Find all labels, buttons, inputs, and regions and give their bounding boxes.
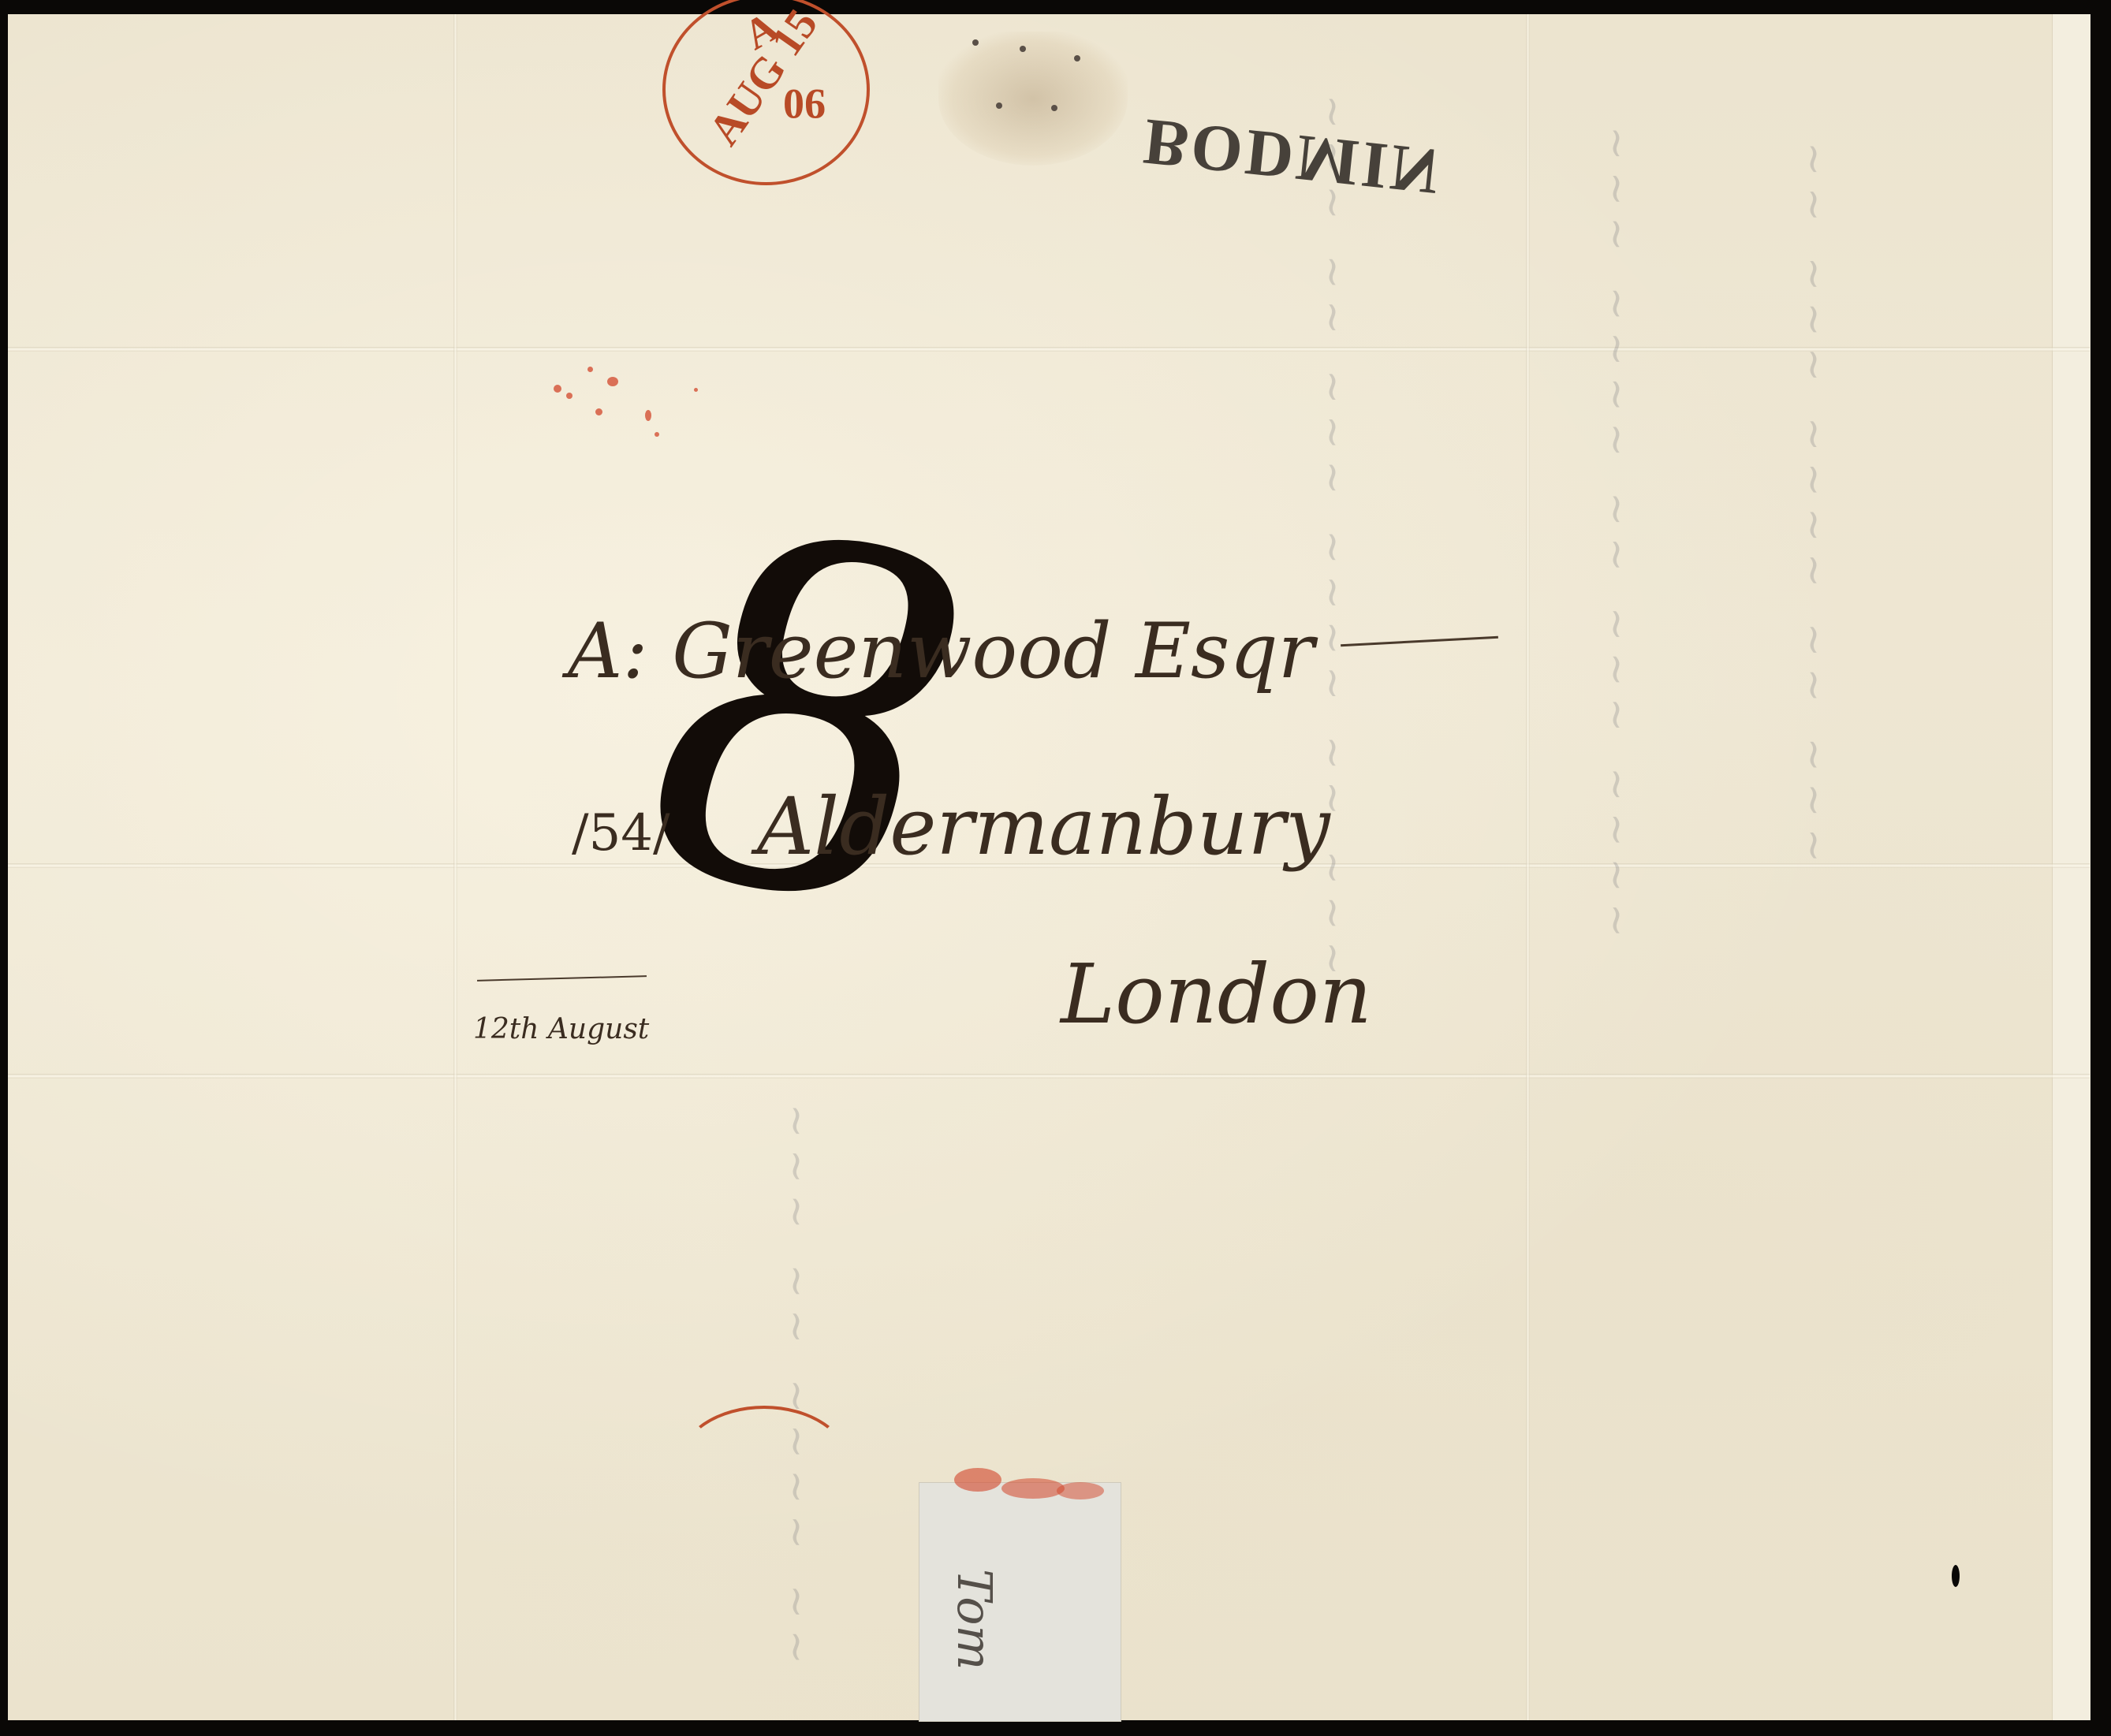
bleed-through-text: ~~~ ~~~~ ~~ ~~~ ~~~~ [1593, 126, 1640, 948]
pin-hole [1074, 55, 1080, 61]
street-name: Aldermanbury [757, 780, 1330, 873]
fold-line-left [453, 14, 457, 1720]
fold-line-bottom [8, 1074, 2090, 1078]
wax-seal-stain [938, 32, 1128, 166]
pin-hole [972, 39, 979, 46]
pin-hole [1020, 46, 1026, 52]
docket-date: 12th August [473, 1013, 649, 1045]
fold-line-top [8, 347, 2090, 352]
city-name: London [1061, 946, 1372, 1042]
paper-tear [1952, 1565, 1960, 1587]
recipient-name: A: Greenwood Esqr [568, 607, 1315, 695]
reverse-signature: Tom [946, 1569, 1001, 1670]
partial-red-postmark-arc [678, 1406, 850, 1522]
bleed-through-text: ~~ ~~~ ~~~~ ~~ ~~~ [1790, 142, 1837, 874]
pin-hole [1051, 105, 1057, 111]
street-number: /54/ [572, 804, 670, 862]
postmark-line-3: 90 [769, 83, 840, 125]
pin-hole [996, 102, 1002, 109]
bleed-through-text: ~~~ ~~ ~~~~ ~~ [773, 1104, 820, 1675]
fold-line-right [1526, 14, 1530, 1720]
